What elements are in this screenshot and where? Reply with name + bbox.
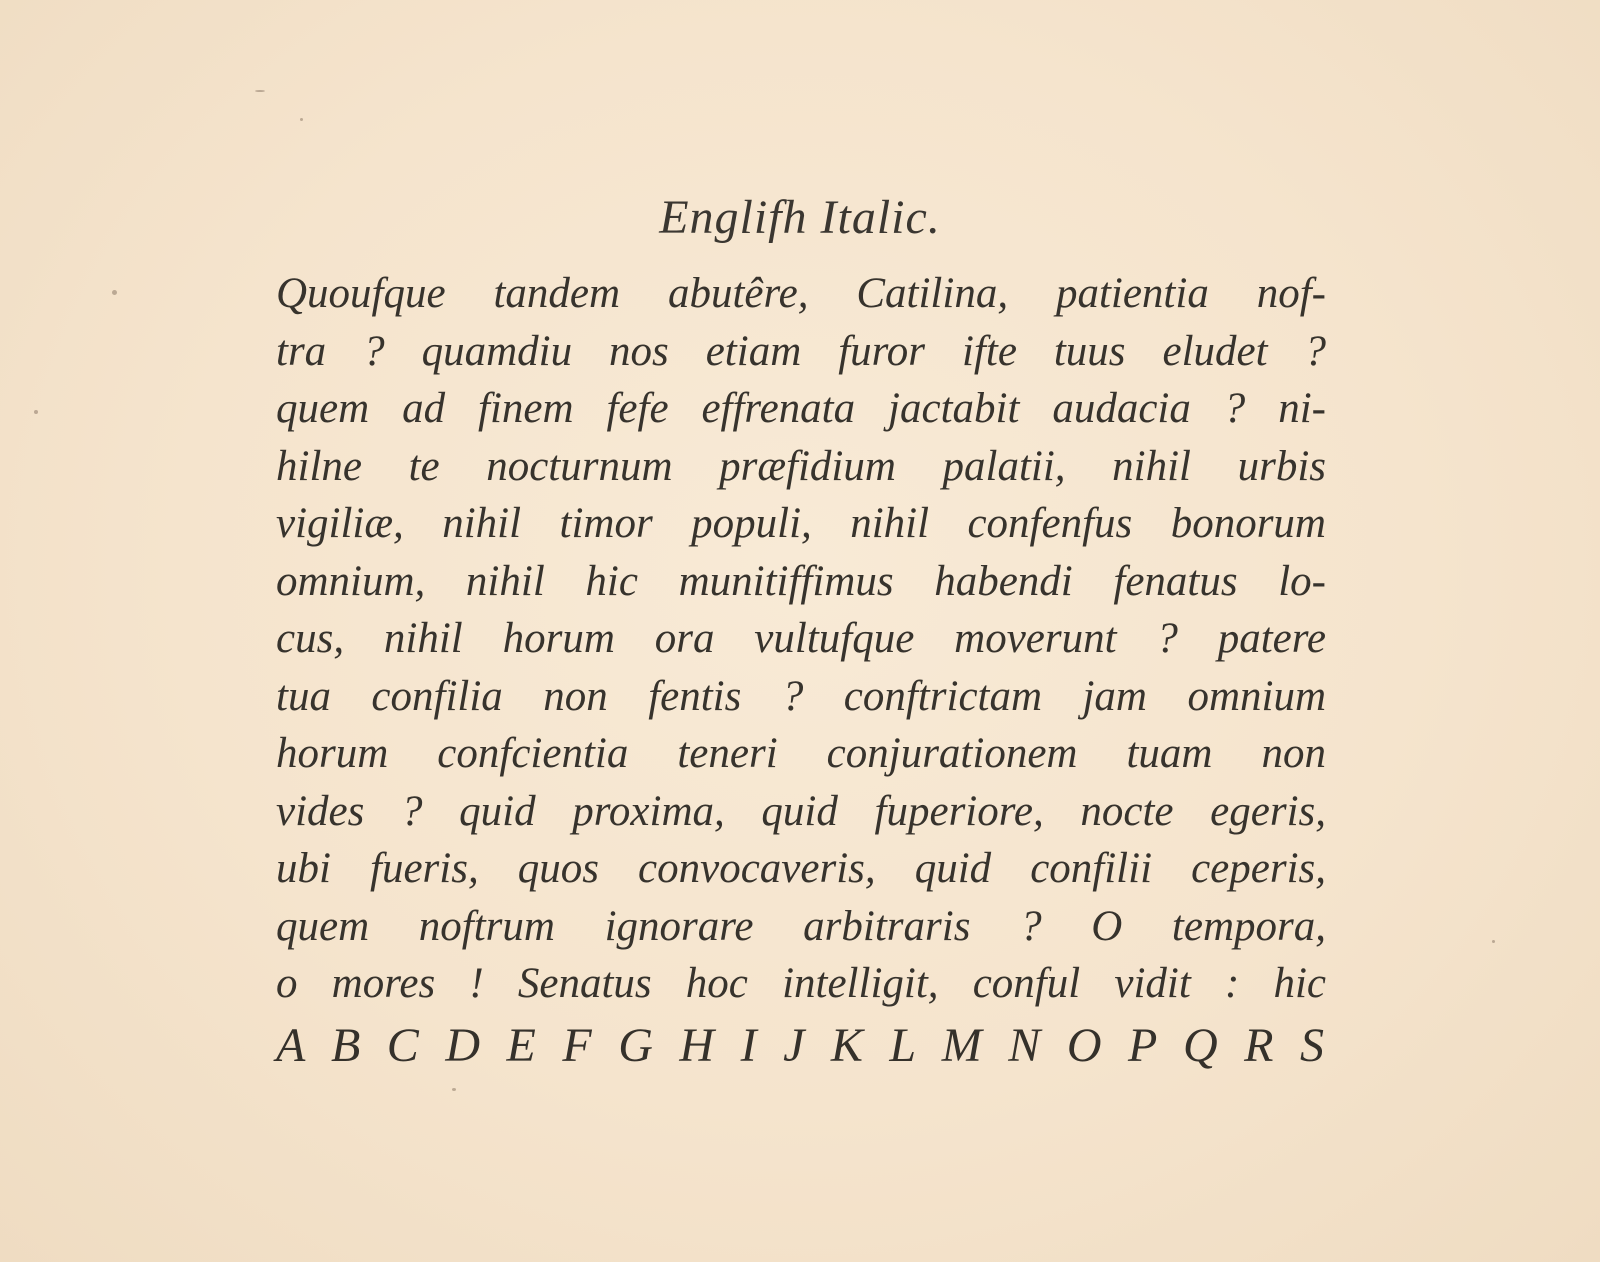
text-line: vides ? quid proxima, quid fuperiore, no… (276, 783, 1326, 841)
text-line: o mores ! Senatus hoc intelligit, conful… (276, 955, 1326, 1013)
specimen-body: Quoufque tandem abutêre, Catilina, patie… (276, 265, 1326, 1075)
text-line: horum confcientia teneri conjurationem t… (276, 725, 1326, 783)
paper-speck (255, 90, 265, 92)
text-line: cus, nihil horum ora vultufque moverunt … (276, 610, 1326, 668)
text-line: tua confilia non fentis ? conftrictam ja… (276, 668, 1326, 726)
capital-alphabet: A B C D E F G H I J K L M N O P Q R S (276, 1017, 1326, 1075)
scanned-page: Englifh Italic. Quoufque tandem abutêre,… (0, 0, 1600, 1262)
paper-speck (300, 118, 303, 121)
specimen-title: Englifh Italic. (0, 190, 1600, 245)
paper-speck (452, 1088, 456, 1091)
text-line: tra ? quamdiu nos etiam furor ifte tuus … (276, 323, 1326, 381)
text-line: vigiliæ, nihil timor populi, nihil confe… (276, 495, 1326, 553)
text-line: quem ad finem fefe effrenata jactabit au… (276, 380, 1326, 438)
text-line: hilne te nocturnum præfidium palatii, ni… (276, 438, 1326, 496)
paper-speck (1492, 940, 1495, 943)
text-line: ubi fueris, quos convocaveris, quid conf… (276, 840, 1326, 898)
text-line: Quoufque tandem abutêre, Catilina, patie… (276, 265, 1326, 323)
paper-speck (34, 410, 38, 414)
paper-speck (112, 290, 117, 295)
text-line: quem noftrum ignorare arbitraris ? O tem… (276, 898, 1326, 956)
text-line: omnium, nihil hic munitiffimus habendi f… (276, 553, 1326, 611)
